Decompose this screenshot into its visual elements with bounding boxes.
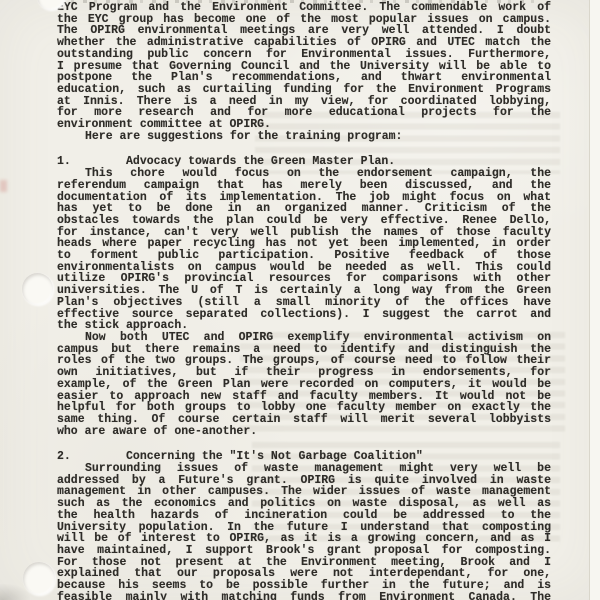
text-line: EYC Program and the Environment Committe… <box>57 2 551 14</box>
page-edge-line <box>589 0 590 600</box>
text-line: education, such as curtailing funding fo… <box>57 84 551 96</box>
page-edge-strip <box>590 0 600 600</box>
text-line: Now both UTEC and OPIRG exemplify enviro… <box>57 332 551 344</box>
text-line: feasible mainly with matching funds from… <box>57 592 551 600</box>
text-line: the health hazards of incineration could… <box>57 510 551 522</box>
text-line: have maintained, I support Brook's grant… <box>57 545 551 557</box>
scan-smudge <box>0 180 7 192</box>
text-line: Here are suggestions for the training pr… <box>57 131 551 143</box>
text-line: same thing. Of course certain staff will… <box>57 414 551 426</box>
text-line: to forment public participation. Positiv… <box>57 250 551 262</box>
text-line: who are aware of one-another. <box>57 426 551 438</box>
scanned-page: EYC Program and the Environment Committe… <box>0 0 600 600</box>
hole-punch <box>23 562 55 595</box>
text-line: obstacles towards the plan could be very… <box>57 215 551 227</box>
hole-punch <box>22 273 53 305</box>
text-line: example, of the Green Plan were recorded… <box>57 379 551 391</box>
text-line: environment committee at OPIRG. <box>57 119 551 131</box>
text-line: Plan's objectives (still a small minorit… <box>57 297 551 309</box>
document-lines: EYC Program and the Environment Committe… <box>57 2 551 600</box>
text-line: Surrounding issues of waste management m… <box>57 463 551 475</box>
text-line: because his seems to be possible further… <box>57 580 551 592</box>
text-line: referendum campaign that has merely been… <box>57 180 551 192</box>
text-line: outstanding public concern for Environme… <box>57 49 551 61</box>
